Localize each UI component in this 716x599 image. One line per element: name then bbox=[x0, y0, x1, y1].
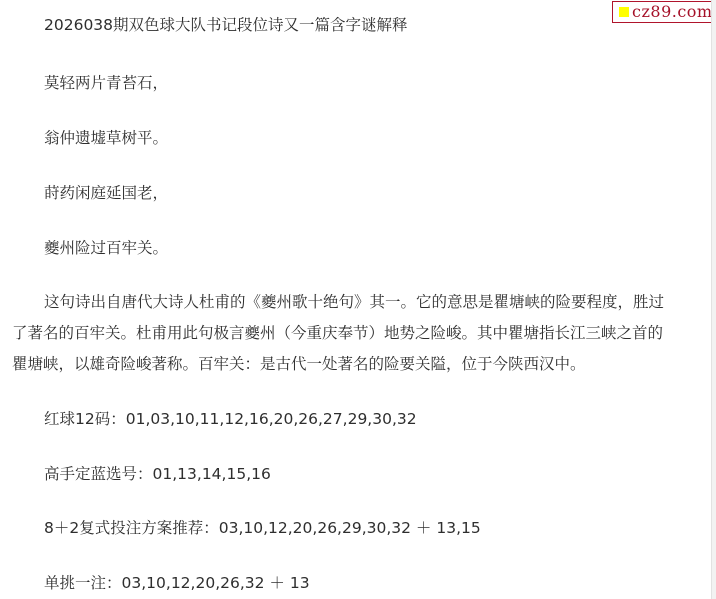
single-bet-numbers: 03,10,12,20,26,32 ＋ 13 bbox=[122, 574, 310, 592]
red-ball-label: 红球12码： bbox=[44, 410, 126, 428]
site-watermark: cz89.com bbox=[612, 1, 716, 23]
poem-line-4: 夔州险过百牢关。 bbox=[44, 238, 168, 258]
combo-bet-label: 8＋2复式投注方案推荐： bbox=[44, 519, 219, 537]
poem-line-1: 莫轻两片青苔石， bbox=[44, 73, 168, 93]
red-ball-numbers: 01,03,10,11,12,16,20,26,27,29,30,32 bbox=[126, 410, 417, 428]
explanation-line-1: 这句诗出自唐代大诗人杜甫的《夔州歌十绝句》其一。它的意思是瞿塘峡的险要程度，胜过 bbox=[12, 292, 692, 323]
red-ball-picks: 红球12码：01,03,10,11,12,16,20,26,27,29,30,3… bbox=[44, 409, 417, 429]
article-title: 2026038期双色球大队书记段位诗又一篇含字谜解释 bbox=[44, 15, 408, 35]
poem-line-2: 翁仲遗墟草树平。 bbox=[44, 128, 168, 148]
watermark-text: cz89.com bbox=[632, 2, 713, 22]
page-right-edge bbox=[711, 0, 716, 599]
article-page: cz89.com 2026038期双色球大队书记段位诗又一篇含字谜解释 莫轻两片… bbox=[0, 0, 712, 599]
explanation-line-3: 瞿塘峡，以雄奇险峻著称。百牢关：是古代一处著名的险要关隘，位于今陕西汉中。 bbox=[12, 354, 692, 385]
combo-bet-numbers: 03,10,12,20,26,29,30,32 ＋ 13,15 bbox=[219, 519, 481, 537]
single-bet-label: 单挑一注： bbox=[44, 574, 122, 592]
explanation-paragraph: 这句诗出自唐代大诗人杜甫的《夔州歌十绝句》其一。它的意思是瞿塘峡的险要程度，胜过… bbox=[12, 292, 692, 385]
blue-ball-numbers: 01,13,14,15,16 bbox=[153, 465, 271, 483]
single-bet-picks: 单挑一注：03,10,12,20,26,32 ＋ 13 bbox=[44, 573, 310, 593]
yellow-square-icon bbox=[619, 7, 629, 17]
combo-bet-picks: 8＋2复式投注方案推荐：03,10,12,20,26,29,30,32 ＋ 13… bbox=[44, 518, 481, 538]
poem-line-3: 莳药闲庭延国老， bbox=[44, 183, 168, 203]
blue-ball-picks: 高手定蓝选号：01,13,14,15,16 bbox=[44, 464, 271, 484]
explanation-line-2: 了著名的百牢关。杜甫用此句极言夔州（今重庆奉节）地势之险峻。其中瞿塘指长江三峡之… bbox=[12, 323, 692, 354]
blue-ball-label: 高手定蓝选号： bbox=[44, 465, 153, 483]
